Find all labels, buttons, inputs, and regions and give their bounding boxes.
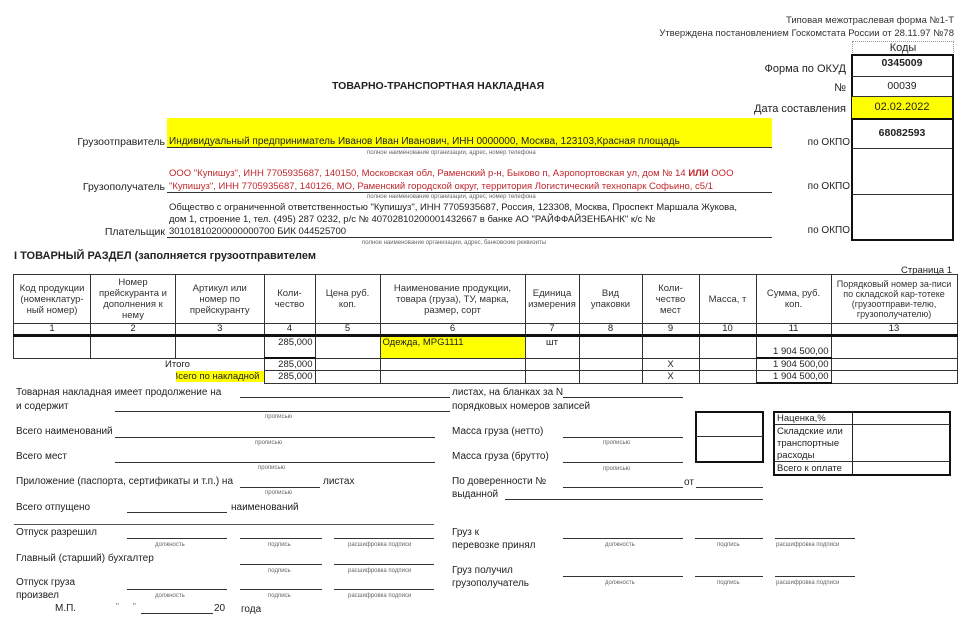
net-mass-field[interactable]	[563, 437, 683, 438]
contains-field[interactable]	[115, 411, 450, 412]
table-row: 285,000 Одежда, MPG1111 шт 1 904 500,00	[14, 336, 958, 359]
position-hint: должность	[605, 542, 635, 548]
in-words-hint: прописью	[258, 465, 285, 471]
grand-total-qty: 285,000	[264, 371, 315, 384]
signature-hint: подпись	[717, 542, 740, 548]
date-label: Дата составления	[754, 103, 846, 115]
total-places: X	[642, 358, 699, 371]
total-places-field[interactable]	[115, 462, 435, 463]
col-header-name: Наименование продукции, товара (груза), …	[380, 275, 525, 324]
quote-close: "	[133, 602, 136, 611]
release-made-signature[interactable]	[240, 589, 322, 590]
sheets-label: листах	[323, 476, 354, 487]
number-label: №	[834, 82, 846, 94]
in-words-hint: прописью	[603, 440, 630, 446]
net-mass-label: Масса груза (нетто)	[452, 426, 543, 437]
received-label-2: грузополучатель	[452, 578, 529, 589]
accepted-position[interactable]	[563, 538, 683, 539]
release-allowed-position[interactable]	[127, 538, 227, 539]
okud-label: Форма по ОКУД	[765, 63, 847, 75]
issued-label: выданной	[452, 489, 498, 500]
power-of-attorney-field[interactable]	[563, 487, 683, 488]
payer-label: Плательщик	[0, 226, 165, 238]
decoding-hint: расшифровка подписи	[348, 542, 411, 548]
gross-mass-label: Масса груза (брутто)	[452, 451, 549, 462]
okpo-payer-label: по ОКПО	[808, 225, 850, 236]
form-type: Типовая межотраслевая форма №1-Т	[786, 15, 954, 26]
blanks-number-field[interactable]	[563, 397, 683, 398]
okpo-consignee-label: по ОКПО	[808, 181, 850, 192]
col-header-price: Цена руб. коп.	[315, 275, 380, 324]
received-position[interactable]	[563, 576, 683, 577]
from-label: от	[684, 477, 694, 488]
names-label: наименований	[231, 502, 299, 513]
consignee-text: ООО "Купишуз", ИНН 7705935687, 140150, М…	[169, 168, 688, 179]
cell-price[interactable]	[315, 336, 380, 359]
col-num: 2	[91, 324, 176, 336]
total-places-label: Всего мест	[16, 451, 67, 462]
accepted-label-1: Груз к	[452, 527, 479, 538]
total-label: Итого	[14, 358, 265, 371]
col-num: 5	[315, 324, 380, 336]
year-label: года	[241, 604, 261, 615]
position-hint: должность	[605, 580, 635, 586]
col-header-article: Артикул или номер по прейскуранту	[176, 275, 265, 324]
issued-field[interactable]	[505, 499, 763, 500]
cell-sum[interactable]: 1 904 500,00	[756, 336, 831, 359]
total-released-field[interactable]	[127, 512, 227, 513]
decoding-hint: расшифровка подписи	[776, 542, 839, 548]
col-header-places: Коли-чество мест	[642, 275, 699, 324]
total-names-label: Всего наименований	[16, 426, 113, 437]
okpo-shipper-value: 68082593	[852, 127, 952, 139]
payer-line-3[interactable]: 30101810200000000700 БИК 044525700	[169, 226, 346, 237]
table-header-row: Код продукции (номенклатур-ный номер) Но…	[14, 275, 958, 324]
in-words-hint: прописью	[265, 490, 292, 496]
date-day-month-field[interactable]	[141, 613, 213, 614]
cell-pricelist[interactable]	[91, 336, 176, 359]
document-date[interactable]: 02.02.2022	[852, 97, 952, 118]
received-signature[interactable]	[695, 576, 763, 577]
accountant-signature[interactable]	[240, 564, 322, 565]
year-prefix: 20	[214, 603, 225, 614]
col-num: 4	[264, 324, 315, 336]
total-row: Итого 285,000 X 1 904 500,00	[14, 358, 958, 371]
markup-label: Наценка,%	[777, 413, 826, 424]
col-header-mass: Масса, т	[699, 275, 756, 324]
codes-heading: Коды	[852, 41, 954, 55]
consignee-or: ИЛИ	[688, 168, 708, 179]
col-header-unit: Единица измерения	[525, 275, 579, 324]
shipper-label: Грузоотправитель	[0, 136, 165, 148]
col-num: 1	[14, 324, 91, 336]
total-names-field[interactable]	[115, 437, 435, 438]
section-title: I ТОВАРНЫЙ РАЗДЕЛ (заполняется грузоотпр…	[14, 250, 316, 262]
accepted-decoding[interactable]	[775, 538, 855, 539]
position-hint: должность	[155, 593, 185, 599]
col-num: 11	[756, 324, 831, 336]
continuation-label: Товарная накладная имеет продолжение на	[16, 387, 221, 398]
cell-product-name[interactable]: Одежда, MPG1111	[380, 336, 525, 359]
signature-hint: подпись	[268, 542, 291, 548]
consignee-text-b: ООО	[709, 168, 734, 179]
accepted-signature[interactable]	[695, 538, 763, 539]
release-allowed-decoding[interactable]	[334, 538, 434, 539]
cell-unit[interactable]: шт	[525, 336, 579, 359]
payer-line-2[interactable]: дом 1, строение 1, тел. (495) 287 0232, …	[169, 214, 655, 225]
col-num: 9	[642, 324, 699, 336]
col-header-pricelist: Номер прейскуранта и дополнения к нему	[91, 275, 176, 324]
release-made-position[interactable]	[127, 589, 227, 590]
payer-line-1[interactable]: Общество с ограниченной ответственностью…	[169, 202, 737, 213]
decoding-hint: расшифровка подписи	[348, 568, 411, 574]
consignee-hint: полное наименование организации, адрес, …	[367, 194, 536, 200]
payer-hint: полное наименование организации, адрес, …	[362, 240, 546, 246]
power-of-attorney-label: По доверенности №	[452, 476, 546, 487]
shipper-value[interactable]: Индивидуальный предприниматель Иванов Ив…	[169, 136, 680, 147]
col-num: 7	[525, 324, 579, 336]
release-allowed-signature[interactable]	[240, 538, 322, 539]
col-header-record: Порядковый номер за-писи по складской ка…	[831, 275, 957, 324]
approval-note: Утверждена постановлением Госкомстата Ро…	[659, 28, 954, 39]
cell-pack[interactable]	[579, 336, 642, 359]
document-title: ТОВАРНО-ТРАНСПОРТНАЯ НАКЛАДНАЯ	[332, 80, 544, 92]
decoding-hint: расшифровка подписи	[776, 580, 839, 586]
total-payment-label: Всего к оплате	[777, 463, 842, 474]
storage-costs-label: Складские или транспортные расходы	[777, 426, 849, 462]
col-header-qty: Коли-чество	[264, 275, 315, 324]
decoding-hint: расшифровка подписи	[348, 593, 411, 599]
consignee-line-2[interactable]: "Купишуз", ИНН 7705935687, 140126, МО, Р…	[169, 181, 713, 192]
total-qty: 285,000	[264, 358, 315, 371]
col-header-code: Код продукции (номенклатур-ный номер)	[14, 275, 91, 324]
signature-hint: подпись	[717, 580, 740, 586]
cell-mass[interactable]	[699, 336, 756, 359]
received-label-1: Груз получил	[452, 565, 513, 576]
total-sum: 1 904 500,00	[756, 358, 831, 371]
col-num: 8	[579, 324, 642, 336]
chief-accountant-label: Главный (старший) бухгалтер	[16, 553, 154, 564]
in-words-hint: прописью	[255, 440, 282, 446]
markup-field[interactable]	[854, 413, 950, 424]
signature-hint: подпись	[268, 593, 291, 599]
okud-value: 0345009	[852, 57, 952, 69]
appendix-label: Приложение (паспорта, сертификаты и т.п.…	[16, 476, 233, 487]
col-num: 13	[831, 324, 957, 336]
total-payment-field[interactable]	[854, 463, 950, 474]
grand-total-label: Всего по накладной	[176, 371, 264, 382]
release-made-label-1: Отпуск груза	[16, 577, 75, 588]
received-decoding[interactable]	[775, 576, 855, 577]
total-released-label: Всего отпущено	[16, 502, 90, 513]
position-hint: должность	[155, 542, 185, 548]
cell-places[interactable]	[642, 336, 699, 359]
consignee-label: Грузополучатель	[0, 181, 165, 193]
col-header-pack: Вид упаковки	[579, 275, 642, 324]
appendix-sheets-field[interactable]	[240, 487, 320, 488]
mass-box	[695, 411, 764, 463]
contains-label: и содержит	[16, 401, 69, 412]
document-number: 00039	[852, 80, 952, 92]
goods-table: Код продукции (номенклатур-ный номер) Но…	[13, 274, 958, 384]
okpo-shipper-label: по ОКПО	[808, 137, 850, 148]
release-made-decoding[interactable]	[334, 589, 434, 590]
gross-mass-field[interactable]	[563, 462, 683, 463]
signature-hint: подпись	[268, 568, 291, 574]
cell-qty[interactable]: 285,000	[264, 336, 315, 359]
consignee-line-1[interactable]: ООО "Купишуз", ИНН 7705935687, 140150, М…	[169, 168, 733, 179]
continuation-field[interactable]	[240, 397, 450, 398]
storage-costs-field[interactable]	[854, 426, 950, 460]
shipper-hint: полное наименование организации, адрес, …	[367, 150, 536, 156]
accountant-decoding[interactable]	[334, 564, 434, 565]
release-made-label-2: произвел	[16, 590, 59, 601]
cell-code[interactable]	[14, 336, 91, 359]
grand-total-sum: 1 904 500,00	[756, 371, 831, 384]
col-num: 3	[176, 324, 265, 336]
record-numbers-label: порядковых номеров записей	[452, 401, 590, 412]
sheets-blanks-label: листах, на бланках за N	[452, 387, 563, 398]
stamp-label: М.П.	[55, 603, 76, 614]
quote-open: "	[116, 602, 119, 611]
accepted-label-2: перевозке принял	[452, 540, 536, 551]
cell-article[interactable]	[176, 336, 265, 359]
cell-record[interactable]	[831, 336, 957, 359]
col-num: 10	[699, 324, 756, 336]
col-num: 6	[380, 324, 525, 336]
grand-total-row: Всего по накладной 285,000 X 1 904 500,0…	[14, 371, 958, 384]
table-number-row: 1 2 3 4 5 6 7 8 9 10 11 13	[14, 324, 958, 336]
attorney-date-field[interactable]	[696, 487, 763, 488]
grand-total-places: X	[642, 371, 699, 384]
in-words-hint: прописью	[603, 466, 630, 472]
in-words-hint: прописью	[265, 414, 292, 420]
col-header-sum: Сумма, руб. коп.	[756, 275, 831, 324]
release-allowed-label: Отпуск разрешил	[16, 527, 97, 538]
